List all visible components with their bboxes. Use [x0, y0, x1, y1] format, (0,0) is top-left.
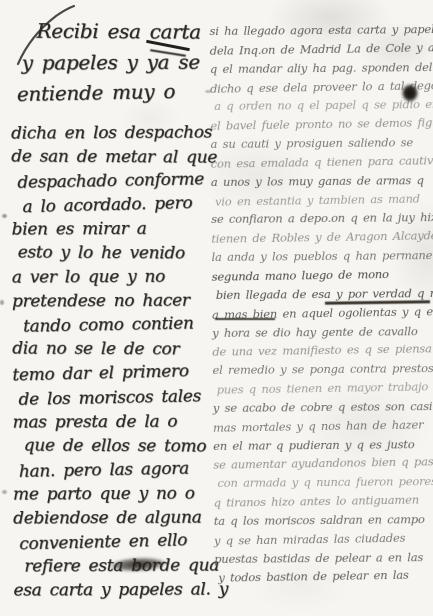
handwritten-line: de san de metar al que [11, 144, 213, 169]
right-text-column: si ha llegado agora esta carta y papeles… [209, 20, 433, 602]
handwritten-line: dia no se le de cor [12, 337, 214, 362]
handwritten-line: y se acabo de cobre q estos son casi [213, 397, 433, 418]
handwritten-line: conveniente en ello [13, 528, 216, 557]
ink-speck [2, 214, 7, 218]
ink-underline [215, 318, 275, 320]
handwritten-line: entiende muy o [11, 75, 214, 109]
handwritten-line: esa carta y papeles al. y [13, 578, 215, 603]
handwritten-line: dicha en los despachos [11, 120, 213, 145]
manuscript-scan-page: Recibi esa cartay papeles y ya seentiend… [0, 0, 433, 616]
left-text-column: Recibi esa cartay papeles y ya seentiend… [10, 15, 215, 608]
handwritten-line: tando como contien [12, 311, 214, 339]
handwritten-line: que de ellos se tomo [13, 433, 215, 458]
handwritten-line: a ver lo que y no [12, 265, 214, 290]
handwritten-line: bien es mirar a [12, 216, 214, 241]
ink-speck [0, 300, 4, 305]
handwritten-line: q el mandar aliy ha pag. sponden del [210, 58, 433, 79]
handwritten-line: Recibi esa carta [10, 15, 212, 47]
handwritten-line: ta q los moriscos saldran en campo [214, 510, 433, 531]
handwritten-line: si ha llegado agora esta carta y papeles [209, 20, 433, 41]
handwritten-line: esto y lo he venido [12, 240, 214, 265]
handwritten-line: pretendese no hacer [12, 289, 214, 314]
handwritten-line: a su cauti y prosiguen saliendo se [210, 133, 433, 154]
handwritten-line: mas presta de la o [13, 409, 215, 434]
ink-blot [398, 80, 422, 106]
ink-speck [205, 90, 211, 93]
ink-speck [2, 490, 7, 494]
handwritten-line: de los moriscos tales [12, 384, 214, 412]
handwritten-line: me parto que y no o [13, 481, 215, 506]
handwritten-line: a lo acordado. pero [11, 190, 214, 219]
handwritten-line: y todos bastion de pelear en las [214, 566, 433, 588]
handwritten-line: debiendose de alguna [13, 505, 215, 530]
handwritten-line: y papeles y ya se [11, 46, 213, 78]
handwritten-line: han. pero las agora [13, 456, 215, 484]
handwritten-line: a unos y los muy ganas de armas q [211, 171, 433, 192]
